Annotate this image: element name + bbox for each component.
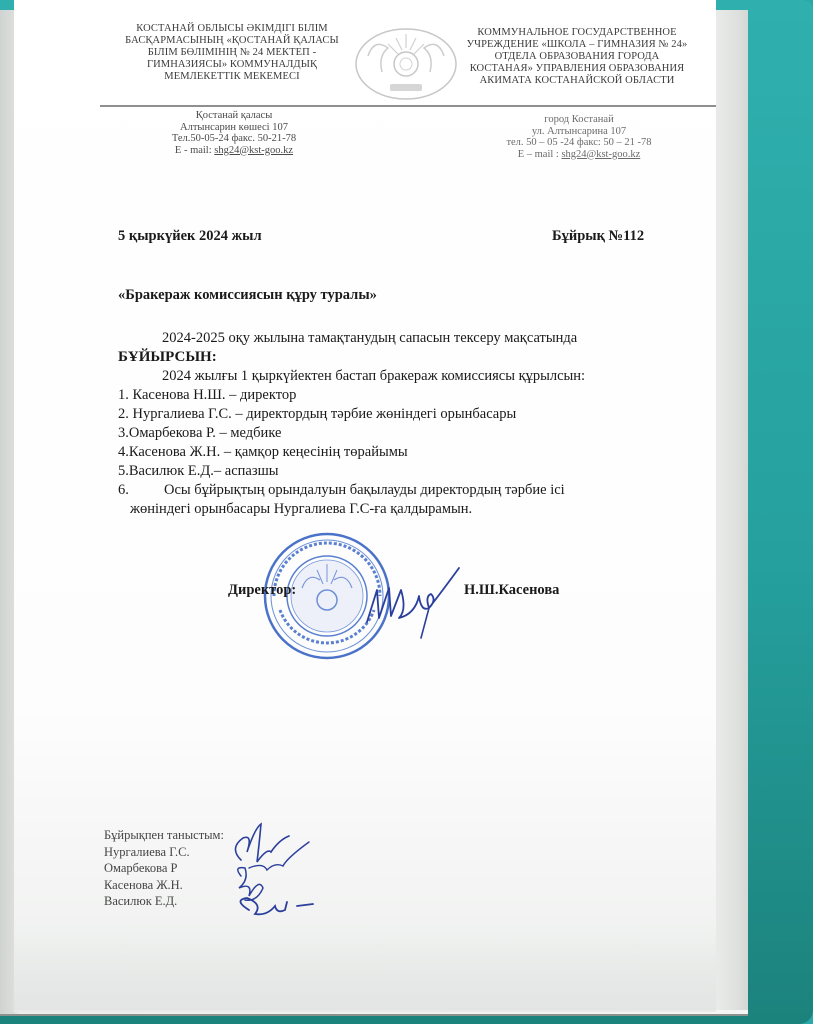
header-kazakh: КОСТАНАЙ ОБЛЫСЫ ӘКІМДІГІ БІЛІМ БАСҚАРМАС… [102, 23, 362, 83]
order-body: 2024-2025 оқу жылына тамақтанудың сапасы… [118, 329, 698, 519]
document-page: КОСТАНАЙ ОБЛЫСЫ ӘКІМДІГІ БІЛІМ БАСҚАРМАС… [14, 0, 716, 1012]
director-label: Директор: [228, 582, 296, 599]
acknowledgement-name: Омарбекова Р [104, 860, 224, 877]
preamble: 2024-2025 оқу жылына тамақтанудың сапасы… [118, 329, 698, 348]
intro: 2024 жылғы 1 қыркүйектен бастап бракераж… [118, 367, 698, 386]
address-russian: город Костанай ул. Алтынсарина 107 тел. … [454, 114, 704, 160]
header-russian: КОММУНАЛЬНОЕ ГОСУДАРСТВЕННОЕ УЧРЕЖДЕНИЕ … [452, 27, 702, 87]
acknowledgement-list: Бұйрықпен таныстым: Нургалиева Г.С. Омар… [104, 827, 224, 910]
email-link[interactable]: shg24@kst-goo.kz [561, 149, 640, 160]
header-divider [100, 105, 716, 107]
member-item: 1. Касенова Н.Ш. – директор [118, 386, 698, 405]
acknowledgement-signatures-icon [219, 818, 319, 923]
acknowledgement-label: Бұйрықпен таныстым: [104, 827, 224, 844]
member-item: 5.Василюк Е.Д.– аспазшы [118, 462, 698, 481]
order-number: Бұйрық №112 [552, 228, 644, 245]
address-kazakh: Қостанай қаласы Алтынсарин көшесі 107 Те… [104, 110, 364, 156]
acknowledgement-name: Касенова Ж.Н. [104, 877, 224, 894]
control-clause-continuation: жөніндегі орынбасары Нургалиева Г.С-ға қ… [118, 500, 698, 519]
control-clause: 6. Осы бұйрықтың орындалуын бақылауды ди… [118, 481, 698, 500]
command: БҰЙЫРСЫН: [118, 348, 698, 367]
member-item: 2. Нургалиева Г.С. – директордың тәрбие … [118, 405, 698, 424]
order-title: «Бракераж комиссиясын құру туралы» [118, 287, 377, 304]
order-date: 5 қыркүйек 2024 жыл [118, 228, 262, 245]
email-link[interactable]: shg24@kst-goo.kz [214, 145, 293, 156]
member-item: 4.Касенова Ж.Н. – қамқор кеңесінің төрай… [118, 443, 698, 462]
acknowledgement-name: Василюк Е.Д. [104, 893, 224, 910]
handwritten-signature-icon [359, 560, 469, 640]
member-item: 3.Омарбекова Р. – медбике [118, 424, 698, 443]
director-name: Н.Ш.Касенова [464, 582, 559, 599]
plastic-sleeve-edge [716, 10, 748, 1010]
kazakhstan-emblem-icon [352, 26, 460, 102]
acknowledgement-name: Нургалиева Г.С. [104, 844, 224, 861]
